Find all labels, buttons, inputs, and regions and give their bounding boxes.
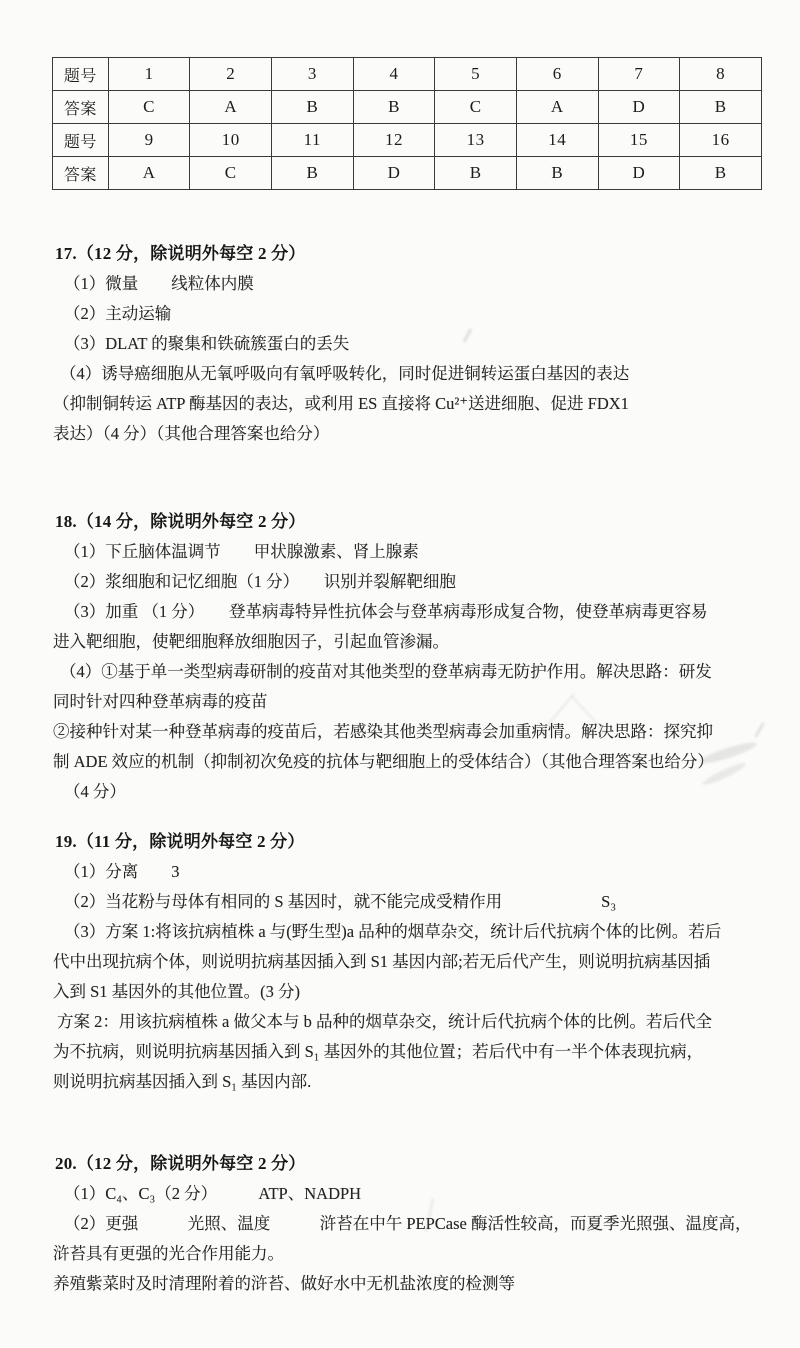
table-cell: D — [353, 157, 435, 190]
table-cell: C — [108, 91, 190, 124]
table-cell: D — [598, 91, 680, 124]
table-cell: 题号 — [53, 58, 109, 91]
answer-line: （1）微量 线粒体内膜 — [53, 269, 762, 299]
section-q17: 17.（12 分，除说明外每空 2 分） （1）微量 线粒体内膜 （2）主动运输… — [53, 239, 762, 449]
answer-line: 方案 2：用该抗病植株 a 做父本与 b 品种的烟草杂交，统计后代抗病个体的比例… — [53, 1007, 762, 1037]
table-cell: B — [435, 157, 517, 190]
section-q17-heading: 17.（12 分，除说明外每空 2 分） — [53, 239, 762, 269]
table-cell: 4 — [353, 58, 435, 91]
table-cell: 3 — [272, 58, 354, 91]
answer-line: （1）下丘脑体温调节 甲状腺激素、肾上腺素 — [53, 537, 762, 567]
table-row-qnum-2: 题号 9 10 11 12 13 14 15 16 — [53, 124, 762, 157]
answer-line: 入到 S1 基因外的其他位置。(3 分) — [53, 977, 762, 1007]
table-cell: 9 — [108, 124, 190, 157]
answer-line: （1）C₄、C₃（2 分） ATP、NADPH — [53, 1179, 762, 1209]
answer-line: 同时针对四种登革病毒的疫苗 — [53, 687, 762, 717]
answer-line: （1）分离 3 — [53, 857, 762, 887]
table-cell: 12 — [353, 124, 435, 157]
table-cell: A — [190, 91, 272, 124]
answer-line: 为不抗病，则说明抗病基因插入到 S₁ 基因外的其他位置；若后代中有一半个体表现抗… — [53, 1037, 762, 1067]
answer-line: 则说明抗病基因插入到 S₁ 基因内部. — [53, 1067, 762, 1097]
answer-line: 代中出现抗病个体，则说明抗病基因插入到 S1 基因内部;若无后代产生，则说明抗病… — [53, 947, 762, 977]
answer-table: 题号 1 2 3 4 5 6 7 8 答案 C A B B C A D B 题号… — [52, 57, 762, 190]
scanned-answer-sheet: 题号 1 2 3 4 5 6 7 8 答案 C A B B C A D B 题号… — [0, 0, 800, 1348]
table-cell: C — [190, 157, 272, 190]
table-cell: 答案 — [53, 157, 109, 190]
answer-line: （3）方案 1:将该抗病植株 a 与(野生型)a 品种的烟草杂交，统计后代抗病个… — [53, 917, 762, 947]
table-cell: 10 — [190, 124, 272, 157]
answer-line: 进入靶细胞，使靶细胞释放细胞因子，引起血管渗漏。 — [53, 627, 762, 657]
table-cell: 15 — [598, 124, 680, 157]
answer-line: （4）诱导癌细胞从无氧呼吸向有氧呼吸转化，同时促进铜转运蛋白基因的表达 — [53, 359, 762, 389]
table-cell: 7 — [598, 58, 680, 91]
answer-line: （2）当花粉与母体有相同的 S 基因时，就不能完成受精作用 S₃ — [53, 887, 762, 917]
section-q18: 18.（14 分，除说明外每空 2 分） （1）下丘脑体温调节 甲状腺激素、肾上… — [53, 507, 762, 807]
section-q19-heading: 19.（11 分，除说明外每空 2 分） — [53, 827, 762, 857]
answer-line: （抑制铜转运 ATP 酶基因的表达，或利用 ES 直接将 Cu²⁺送进细胞、促进… — [53, 389, 762, 419]
answer-line: （2）主动运输 — [53, 299, 762, 329]
table-cell: 1 — [108, 58, 190, 91]
answer-line: 表达）（4 分）（其他合理答案也给分） — [53, 419, 762, 449]
table-cell: 13 — [435, 124, 517, 157]
table-cell: 答案 — [53, 91, 109, 124]
answer-line: （4）①基于单一类型病毒研制的疫苗对其他类型的登革病毒无防护作用。解决思路：研发 — [53, 657, 762, 687]
section-q20-heading: 20.（12 分，除说明外每空 2 分） — [53, 1149, 762, 1179]
answer-line: （4 分） — [53, 777, 762, 807]
table-cell: B — [680, 91, 762, 124]
table-cell: 16 — [680, 124, 762, 157]
answer-line: （3）DLAT 的聚集和铁硫簇蛋白的丢失 — [53, 329, 762, 359]
answer-line: 浒苔具有更强的光合作用能力。 — [53, 1239, 762, 1269]
table-cell: C — [435, 91, 517, 124]
table-cell: B — [272, 157, 354, 190]
table-cell: 5 — [435, 58, 517, 91]
table-cell: A — [108, 157, 190, 190]
section-q20: 20.（12 分，除说明外每空 2 分） （1）C₄、C₃（2 分） ATP、N… — [53, 1149, 762, 1299]
table-cell: 题号 — [53, 124, 109, 157]
table-cell: B — [680, 157, 762, 190]
table-cell: D — [598, 157, 680, 190]
answer-line: ②接种针对某一种登革病毒的疫苗后，若感染其他类型病毒会加重病情。解决思路：探究抑 — [53, 717, 762, 747]
table-cell: B — [516, 157, 598, 190]
section-q18-heading: 18.（14 分，除说明外每空 2 分） — [53, 507, 762, 537]
table-row-qnum-1: 题号 1 2 3 4 5 6 7 8 — [53, 58, 762, 91]
table-cell: 6 — [516, 58, 598, 91]
table-cell: B — [272, 91, 354, 124]
table-cell: 2 — [190, 58, 272, 91]
table-cell: 14 — [516, 124, 598, 157]
table-cell: 11 — [272, 124, 354, 157]
answer-line: （2）浆细胞和记忆细胞（1 分） 识别并裂解靶细胞 — [53, 567, 762, 597]
table-cell: B — [353, 91, 435, 124]
table-cell: A — [516, 91, 598, 124]
table-row-answers-1: 答案 C A B B C A D B — [53, 91, 762, 124]
answer-line: （2）更强 光照、温度 浒苔在中午 PEPCase 酶活性较高，而夏季光照强、温… — [53, 1209, 762, 1239]
answer-line: 制 ADE 效应的机制（抑制初次免疫的抗体与靶细胞上的受体结合）（其他合理答案也… — [53, 747, 762, 777]
table-row-answers-2: 答案 A C B D B B D B — [53, 157, 762, 190]
answer-line: （3）加重 （1 分） 登革病毒特异性抗体会与登革病毒形成复合物，使登革病毒更容… — [53, 597, 762, 627]
answer-line: 养殖紫菜时及时清理附着的浒苔、做好水中无机盐浓度的检测等 — [53, 1269, 762, 1299]
section-q19: 19.（11 分，除说明外每空 2 分） （1）分离 3 （2）当花粉与母体有相… — [53, 827, 762, 1097]
table-cell: 8 — [680, 58, 762, 91]
